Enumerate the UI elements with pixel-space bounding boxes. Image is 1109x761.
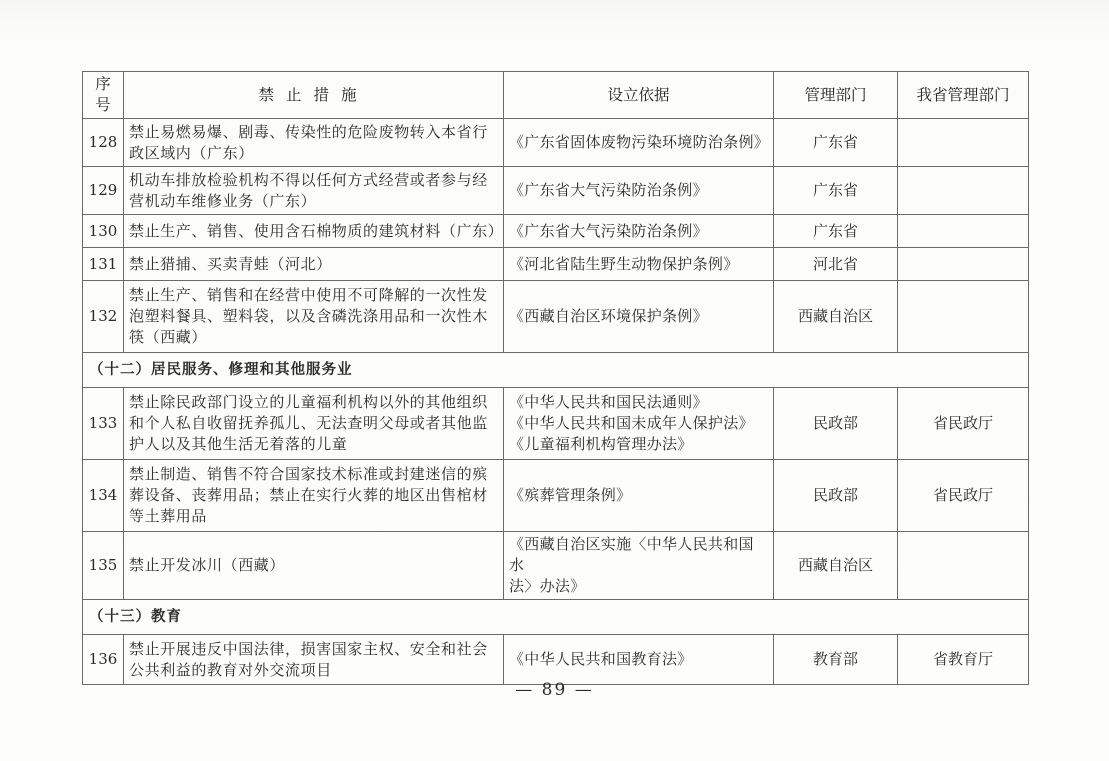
row-number: 129 — [83, 167, 124, 215]
header-dept: 管理部门 — [774, 72, 898, 119]
section-header-row: （十三）教育 — [83, 600, 1029, 635]
measure-text-line: 公共利益的教育对外交流项目 — [129, 660, 498, 681]
basis-text-line: 《西藏自治区实施〈中华人民共和国水 — [509, 534, 768, 576]
dept-cell: 民政部 — [774, 388, 898, 460]
province-dept-cell — [898, 532, 1029, 600]
basis-text-line: 《儿童福利机构管理办法》 — [509, 434, 768, 455]
section-title: （十三）教育 — [83, 600, 1029, 635]
table-row: 131禁止猎捕、买卖青蛙（河北）《河北省陆生野生动物保护条例》河北省 — [83, 248, 1029, 281]
measure-text-line: 政区域内（广东） — [129, 143, 498, 164]
table-row: 128禁止易燃易爆、剧毒、传染性的危险废物转入本省行政区域内（广东）《广东省固体… — [83, 119, 1029, 167]
basis-text-line: 法〉办法》 — [509, 576, 768, 597]
section-header-row: （十二）居民服务、修理和其他服务业 — [83, 353, 1029, 388]
basis-cell: 《广东省大气污染防治条例》 — [504, 167, 774, 215]
basis-cell: 《西藏自治区实施〈中华人民共和国水法〉办法》 — [504, 532, 774, 600]
section-title: （十二）居民服务、修理和其他服务业 — [83, 353, 1029, 388]
measure-cell: 禁止生产、销售和在经营中使用不可降解的一次性发泡塑料餐具、塑料袋，以及含磷洗涤用… — [124, 281, 504, 353]
measure-cell: 禁止开展违反中国法律，损害国家主权、安全和社会公共利益的教育对外交流项目 — [124, 635, 504, 685]
basis-text-line: 《中华人民共和国教育法》 — [509, 649, 768, 670]
row-number: 128 — [83, 119, 124, 167]
row-number: 131 — [83, 248, 124, 281]
measure-text-line: 葬设备、丧葬用品；禁止在实行火葬的地区出售棺材 — [129, 485, 498, 506]
measure-text-line: 禁止生产、销售、使用含石棉物质的建筑材料（广东） — [129, 221, 498, 242]
measure-text-line: 等土葬用品 — [129, 506, 498, 527]
basis-text-line: 《广东省大气污染防治条例》 — [509, 180, 768, 201]
measure-cell: 禁止猎捕、买卖青蛙（河北） — [124, 248, 504, 281]
measure-text-line: 护人以及其他生活无着落的儿童 — [129, 434, 498, 455]
measure-cell: 禁止生产、销售、使用含石棉物质的建筑材料（广东） — [124, 215, 504, 248]
measure-text-line: 禁止开展违反中国法律，损害国家主权、安全和社会 — [129, 639, 498, 660]
table-body: 128禁止易燃易爆、剧毒、传染性的危险废物转入本省行政区域内（广东）《广东省固体… — [83, 119, 1029, 685]
measure-text-line: 禁止除民政部门设立的儿童福利机构以外的其他组织 — [129, 392, 498, 413]
province-dept-cell — [898, 281, 1029, 353]
measure-cell: 禁止制造、销售不符合国家技术标准或封建迷信的殡葬设备、丧葬用品；禁止在实行火葬的… — [124, 460, 504, 532]
dept-cell: 西藏自治区 — [774, 281, 898, 353]
document-page: 序号 禁止措施 设立依据 管理部门 我省管理部门 128禁止易燃易爆、剧毒、传染… — [0, 0, 1109, 761]
dept-cell: 广东省 — [774, 215, 898, 248]
table-header-row: 序号 禁止措施 设立依据 管理部门 我省管理部门 — [83, 72, 1029, 119]
measure-text-line: 机动车排放检验机构不得以任何方式经营或者参与经 — [129, 170, 498, 191]
measure-text-line: 禁止易燃易爆、剧毒、传染性的危险废物转入本省行 — [129, 122, 498, 143]
measure-text-line: 禁止生产、销售和在经营中使用不可降解的一次性发 — [129, 285, 498, 306]
basis-cell: 《广东省固体废物污染环境防治条例》 — [504, 119, 774, 167]
basis-cell: 《中华人民共和国民法通则》《中华人民共和国未成年人保护法》《儿童福利机构管理办法… — [504, 388, 774, 460]
table-row: 134禁止制造、销售不符合国家技术标准或封建迷信的殡葬设备、丧葬用品；禁止在实行… — [83, 460, 1029, 532]
province-dept-cell — [898, 215, 1029, 248]
province-dept-cell: 省民政厅 — [898, 388, 1029, 460]
measure-cell: 禁止除民政部门设立的儿童福利机构以外的其他组织和个人私自收留抚养孤儿、无法查明父… — [124, 388, 504, 460]
page-number: — 89 — — [0, 680, 1109, 700]
header-basis: 设立依据 — [504, 72, 774, 119]
table-row: 130禁止生产、销售、使用含石棉物质的建筑材料（广东）《广东省大气污染防治条例》… — [83, 215, 1029, 248]
dept-cell: 广东省 — [774, 119, 898, 167]
measure-text-line: 和个人私自收留抚养孤儿、无法查明父母或者其他监 — [129, 413, 498, 434]
header-no: 序号 — [83, 72, 124, 119]
row-number: 134 — [83, 460, 124, 532]
table-row: 133禁止除民政部门设立的儿童福利机构以外的其他组织和个人私自收留抚养孤儿、无法… — [83, 388, 1029, 460]
basis-text-line: 《殡葬管理条例》 — [509, 485, 768, 506]
row-number: 130 — [83, 215, 124, 248]
measure-text-line: 营机动车维修业务（广东） — [129, 191, 498, 212]
measure-text-line: 筷（西藏） — [129, 327, 498, 348]
measure-cell: 禁止易燃易爆、剧毒、传染性的危险废物转入本省行政区域内（广东） — [124, 119, 504, 167]
row-number: 135 — [83, 532, 124, 600]
header-measure: 禁止措施 — [124, 72, 504, 119]
measure-text-line: 禁止制造、销售不符合国家技术标准或封建迷信的殡 — [129, 464, 498, 485]
dept-cell: 西藏自治区 — [774, 532, 898, 600]
dept-cell: 广东省 — [774, 167, 898, 215]
province-dept-cell — [898, 248, 1029, 281]
basis-text-line: 《广东省大气污染防治条例》 — [509, 221, 768, 242]
basis-text-line: 《中华人民共和国未成年人保护法》 — [509, 413, 768, 434]
dept-cell: 教育部 — [774, 635, 898, 685]
basis-text-line: 《西藏自治区环境保护条例》 — [509, 306, 768, 327]
row-number: 136 — [83, 635, 124, 685]
measure-text-line: 禁止开发冰川（西藏） — [129, 555, 498, 576]
table-row: 136禁止开展违反中国法律，损害国家主权、安全和社会公共利益的教育对外交流项目《… — [83, 635, 1029, 685]
basis-cell: 《广东省大气污染防治条例》 — [504, 215, 774, 248]
measure-cell: 禁止开发冰川（西藏） — [124, 532, 504, 600]
basis-cell: 《中华人民共和国教育法》 — [504, 635, 774, 685]
basis-cell: 《河北省陆生野生动物保护条例》 — [504, 248, 774, 281]
province-dept-cell — [898, 119, 1029, 167]
row-number: 132 — [83, 281, 124, 353]
province-dept-cell: 省教育厅 — [898, 635, 1029, 685]
measure-cell: 机动车排放检验机构不得以任何方式经营或者参与经营机动车维修业务（广东） — [124, 167, 504, 215]
dept-cell: 河北省 — [774, 248, 898, 281]
dept-cell: 民政部 — [774, 460, 898, 532]
header-province-dept: 我省管理部门 — [898, 72, 1029, 119]
row-number: 133 — [83, 388, 124, 460]
basis-text-line: 《广东省固体废物污染环境防治条例》 — [509, 132, 768, 153]
table-row: 135禁止开发冰川（西藏）《西藏自治区实施〈中华人民共和国水法〉办法》西藏自治区 — [83, 532, 1029, 600]
table-row: 132禁止生产、销售和在经营中使用不可降解的一次性发泡塑料餐具、塑料袋，以及含磷… — [83, 281, 1029, 353]
province-dept-cell — [898, 167, 1029, 215]
basis-text-line: 《河北省陆生野生动物保护条例》 — [509, 254, 768, 275]
basis-cell: 《殡葬管理条例》 — [504, 460, 774, 532]
province-dept-cell: 省民政厅 — [898, 460, 1029, 532]
measure-text-line: 泡塑料餐具、塑料袋，以及含磷洗涤用品和一次性木 — [129, 306, 498, 327]
table-row: 129机动车排放检验机构不得以任何方式经营或者参与经营机动车维修业务（广东）《广… — [83, 167, 1029, 215]
basis-text-line: 《中华人民共和国民法通则》 — [509, 392, 768, 413]
measure-text-line: 禁止猎捕、买卖青蛙（河北） — [129, 254, 498, 275]
prohibition-measures-table: 序号 禁止措施 设立依据 管理部门 我省管理部门 128禁止易燃易爆、剧毒、传染… — [82, 71, 1029, 685]
basis-cell: 《西藏自治区环境保护条例》 — [504, 281, 774, 353]
